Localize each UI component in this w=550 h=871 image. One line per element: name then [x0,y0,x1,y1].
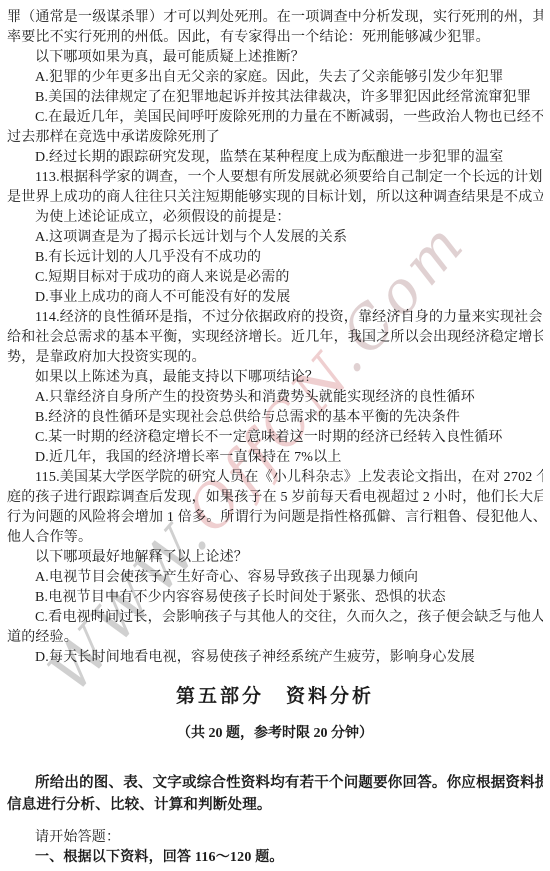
material-heading: 一、根据以下资料，回答 116～120 题。 [7,848,543,868]
section-title: 第五部分 资料分析 [7,684,543,710]
option-b-line: B.有长远计划的人几乎没有不成功的 [7,248,543,268]
question-stem-line: 如果以上陈述为真，最能支持以下哪项结论？ [7,368,543,388]
option-c-line: 过去那样在竞选中承诺废除死刑了 [7,128,543,148]
question-113-line: 是世界上成功的商人往往只关注短期能够实现的目标计划，所以这种调查结果是不成立的。 [7,188,543,208]
option-d-line: D.经过长期的跟踪研究发现，监禁在某种程度上成为酝酿进一步犯罪的温室 [7,148,543,168]
option-c-line: C.在最近几年，美国民间呼吁废除死刑的力量在不断减弱，一些政治人物也已经不再像 [7,108,543,128]
question-stem-line: 为使上述论证成立，必须假设的前提是： [7,208,543,228]
question-114-line: 给和社会总需求的基本平衡，实现经济增长。近几年，我国之所以会出现经济稳定增长的态 [7,328,543,348]
start-block: 请开始答题： 一、根据以下资料，回答 116～120 题。 [7,828,543,868]
question-113-line: 113.根据科学家的调查，一个人要想有所发展就必须要给自己制定一个长远的计划。但 [7,168,543,188]
question-115-line: 115.美国某大学医学院的研究人员在《小儿科杂志》上发表论文指出，在对 2702… [7,468,543,488]
question-115-line: 庭的孩子进行跟踪调查后发现，如果孩子在 5 岁前每天看电视超过 2 小时，他们长… [7,488,543,508]
question-text-line: 率要比不实行死刑的州低。因此，有专家得出一个结论：死刑能够减少犯罪。 [7,28,543,48]
option-b-line: B.经济的良性循环是实现社会总供给与总需求的基本平衡的先决条件 [7,408,543,428]
option-b-line: B.美国的法律规定了在犯罪地起诉并按其法律裁决，许多罪犯因此经常流窜犯罪 [7,88,543,108]
instructions-line: 信息进行分析、比较、计算和判断处理。 [7,794,543,816]
option-a-line: A.犯罪的少年更多出自无父亲的家庭。因此，失去了父亲能够引发少年犯罪 [7,68,543,88]
start-prompt: 请开始答题： [7,828,543,848]
section-meta: （共 20 题，参考时限 20 分钟） [7,724,543,744]
option-d-line: D.每天长时间地看电视，容易使孩子神经系统产生疲劳，影响身心发展 [7,648,543,668]
option-a-line: A.电视节目会使孩子产生好奇心、容易导致孩子出现暴力倾向 [7,568,543,588]
option-d-line: D.近几年，我国的经济增长率一直保持在 7%以上 [7,448,543,468]
option-c-line: C.短期目标对于成功的商人来说是必需的 [7,268,543,288]
option-c-line: 道的经验。 [7,628,543,648]
section-instructions: 所给出的图、表、文字或综合性资料均有若干个问题要你回答。你应根据资料提供的 信息… [7,772,543,816]
exam-page: 罪（通常是一级谋杀罪）才可以判处死刑。在一项调查中分析发现，实行死刑的州，其犯罪… [0,0,550,868]
question-stem-line: 以下哪项如果为真，最可能质疑上述推断？ [7,48,543,68]
instructions-line: 所给出的图、表、文字或综合性资料均有若干个问题要你回答。你应根据资料提供的 [7,772,543,794]
question-114-line: 势，是靠政府加大投资实现的。 [7,348,543,368]
option-b-line: B.电视节目中有不少内容容易使孩子长时间处于紧张、恐惧的状态 [7,588,543,608]
question-114-line: 114.经济的良性循环是指，不过分依据政府的投资，靠经济自身的力量来实现社会总供 [7,308,543,328]
question-115-line: 行为问题的风险将会增加 1 倍多。所谓行为问题是指性格孤僻、言行粗鲁、侵犯他人、… [7,508,543,528]
option-a-line: A.只靠经济自身所产生的投资势头和消费势头就能实现经济的良性循环 [7,388,543,408]
question-115-line: 他人合作等。 [7,528,543,548]
option-c-line: C.看电视时间过长，会影响孩子与其他人的交往，久而久之，孩子便会缺乏与他人打交 [7,608,543,628]
option-d-line: D.事业上成功的商人不可能没有好的发展 [7,288,543,308]
option-a-line: A.这项调查是为了揭示长远计划与个人发展的关系 [7,228,543,248]
question-stem-line: 以下哪项最好地解释了以上论述？ [7,548,543,568]
option-c-line: C.某一时期的经济稳定增长不一定意味着这一时期的经济已经转入良性循环 [7,428,543,448]
question-text-line: 罪（通常是一级谋杀罪）才可以判处死刑。在一项调查中分析发现，实行死刑的州，其犯罪 [7,8,543,28]
